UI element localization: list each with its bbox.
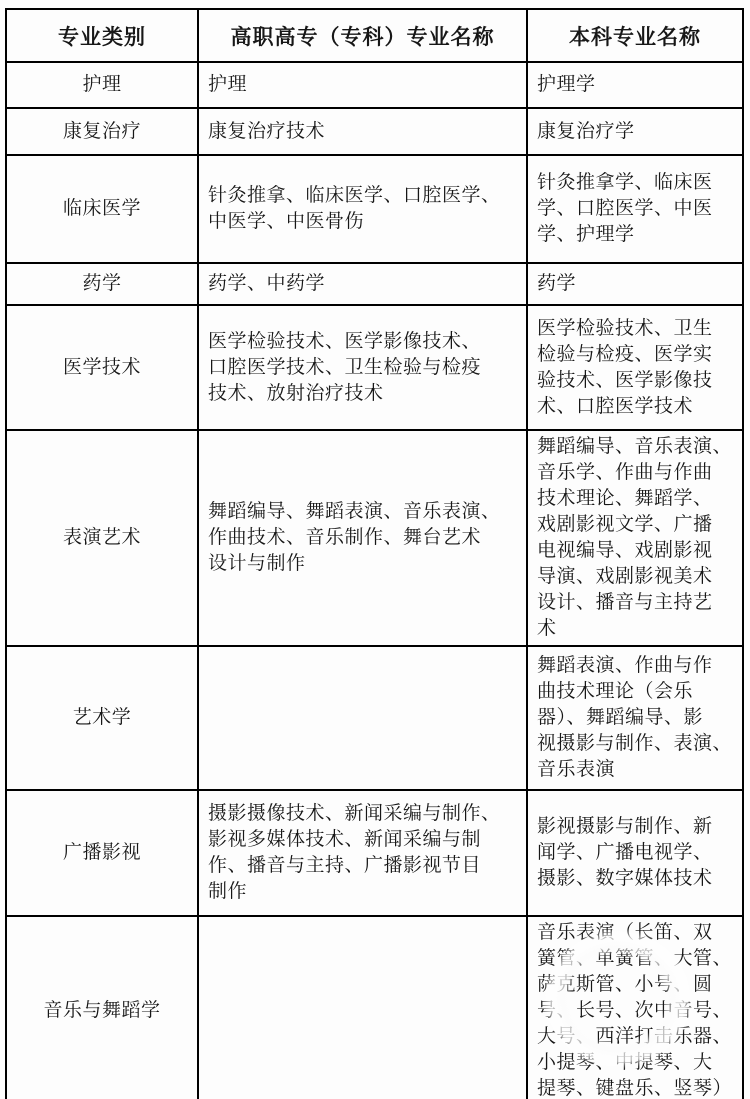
cell-vocational: 护理 [198,62,527,108]
majors-table: 专业类别 高职高专（专科）专业名称 本科专业名称 护理 护理 护理学 康复治疗 … [5,8,744,1099]
cell-undergraduate: 医学检验技术、卫生 检验与检疫、医学实 验技术、医学影像技 术、口腔医学技术 [527,305,743,430]
cell-vocational: 舞蹈编导、舞蹈表演、音乐表演、 作曲技术、音乐制作、舞台艺术 设计与制作 [198,430,527,646]
cell-undergraduate: 音乐表演（长笛、双 簧管、单簧管、大管、 萨克斯管、小号、圆 号、长号、次中音号… [527,916,743,1099]
cell-vocational: 药学、中药学 [198,263,527,305]
cell-category: 艺术学 [6,646,198,790]
cell-vocational [198,916,527,1099]
document-page: 专业类别 高职高专（专科）专业名称 本科专业名称 护理 护理 护理学 康复治疗 … [0,0,750,1099]
cell-undergraduate: 药学 [527,263,743,305]
cell-vocational: 康复治疗技术 [198,108,527,155]
cell-undergraduate: 康复治疗学 [527,108,743,155]
cell-category: 药学 [6,263,198,305]
table-row: 药学 药学、中药学 药学 [6,263,743,305]
cell-category: 康复治疗 [6,108,198,155]
column-header-undergraduate: 本科专业名称 [527,9,743,62]
table-row: 临床医学 针灸推拿、临床医学、口腔医学、 中医学、中医骨伤 针灸推拿学、临床医 … [6,155,743,263]
table-row: 表演艺术 舞蹈编导、舞蹈表演、音乐表演、 作曲技术、音乐制作、舞台艺术 设计与制… [6,430,743,646]
cell-undergraduate: 针灸推拿学、临床医 学、口腔医学、中医 学、护理学 [527,155,743,263]
table-row: 广播影视 摄影摄像技术、新闻采编与制作、 影视多媒体技术、新闻采编与制 作、播音… [6,790,743,916]
cell-vocational: 针灸推拿、临床医学、口腔医学、 中医学、中医骨伤 [198,155,527,263]
cell-undergraduate: 护理学 [527,62,743,108]
cell-category: 医学技术 [6,305,198,430]
table-row: 医学技术 医学检验技术、医学影像技术、 口腔医学技术、卫生检验与检疫 技术、放射… [6,305,743,430]
table-row: 艺术学 舞蹈表演、作曲与作 曲技术理论（会乐 器）、舞蹈编导、影 视摄影与制作、… [6,646,743,790]
cell-category: 表演艺术 [6,430,198,646]
column-header-vocational: 高职高专（专科）专业名称 [198,9,527,62]
table-row: 康复治疗 康复治疗技术 康复治疗学 [6,108,743,155]
cell-vocational: 摄影摄像技术、新闻采编与制作、 影视多媒体技术、新闻采编与制 作、播音与主持、广… [198,790,527,916]
cell-vocational: 医学检验技术、医学影像技术、 口腔医学技术、卫生检验与检疫 技术、放射治疗技术 [198,305,527,430]
cell-undergraduate: 影视摄影与制作、新 闻学、广播电视学、 摄影、数字媒体技术 [527,790,743,916]
cell-category: 临床医学 [6,155,198,263]
cell-category: 广播影视 [6,790,198,916]
cell-undergraduate: 舞蹈表演、作曲与作 曲技术理论（会乐 器）、舞蹈编导、影 视摄影与制作、表演、 … [527,646,743,790]
cell-undergraduate: 舞蹈编导、音乐表演、 音乐学、作曲与作曲 技术理论、舞蹈学、 戏剧影视文学、广播… [527,430,743,646]
column-header-category: 专业类别 [6,9,198,62]
cell-category: 护理 [6,62,198,108]
cell-vocational [198,646,527,790]
cell-category: 音乐与舞蹈学 [6,916,198,1099]
table-header-row: 专业类别 高职高专（专科）专业名称 本科专业名称 [6,9,743,62]
table-row: 护理 护理 护理学 [6,62,743,108]
table-row: 音乐与舞蹈学 音乐表演（长笛、双 簧管、单簧管、大管、 萨克斯管、小号、圆 号、… [6,916,743,1099]
